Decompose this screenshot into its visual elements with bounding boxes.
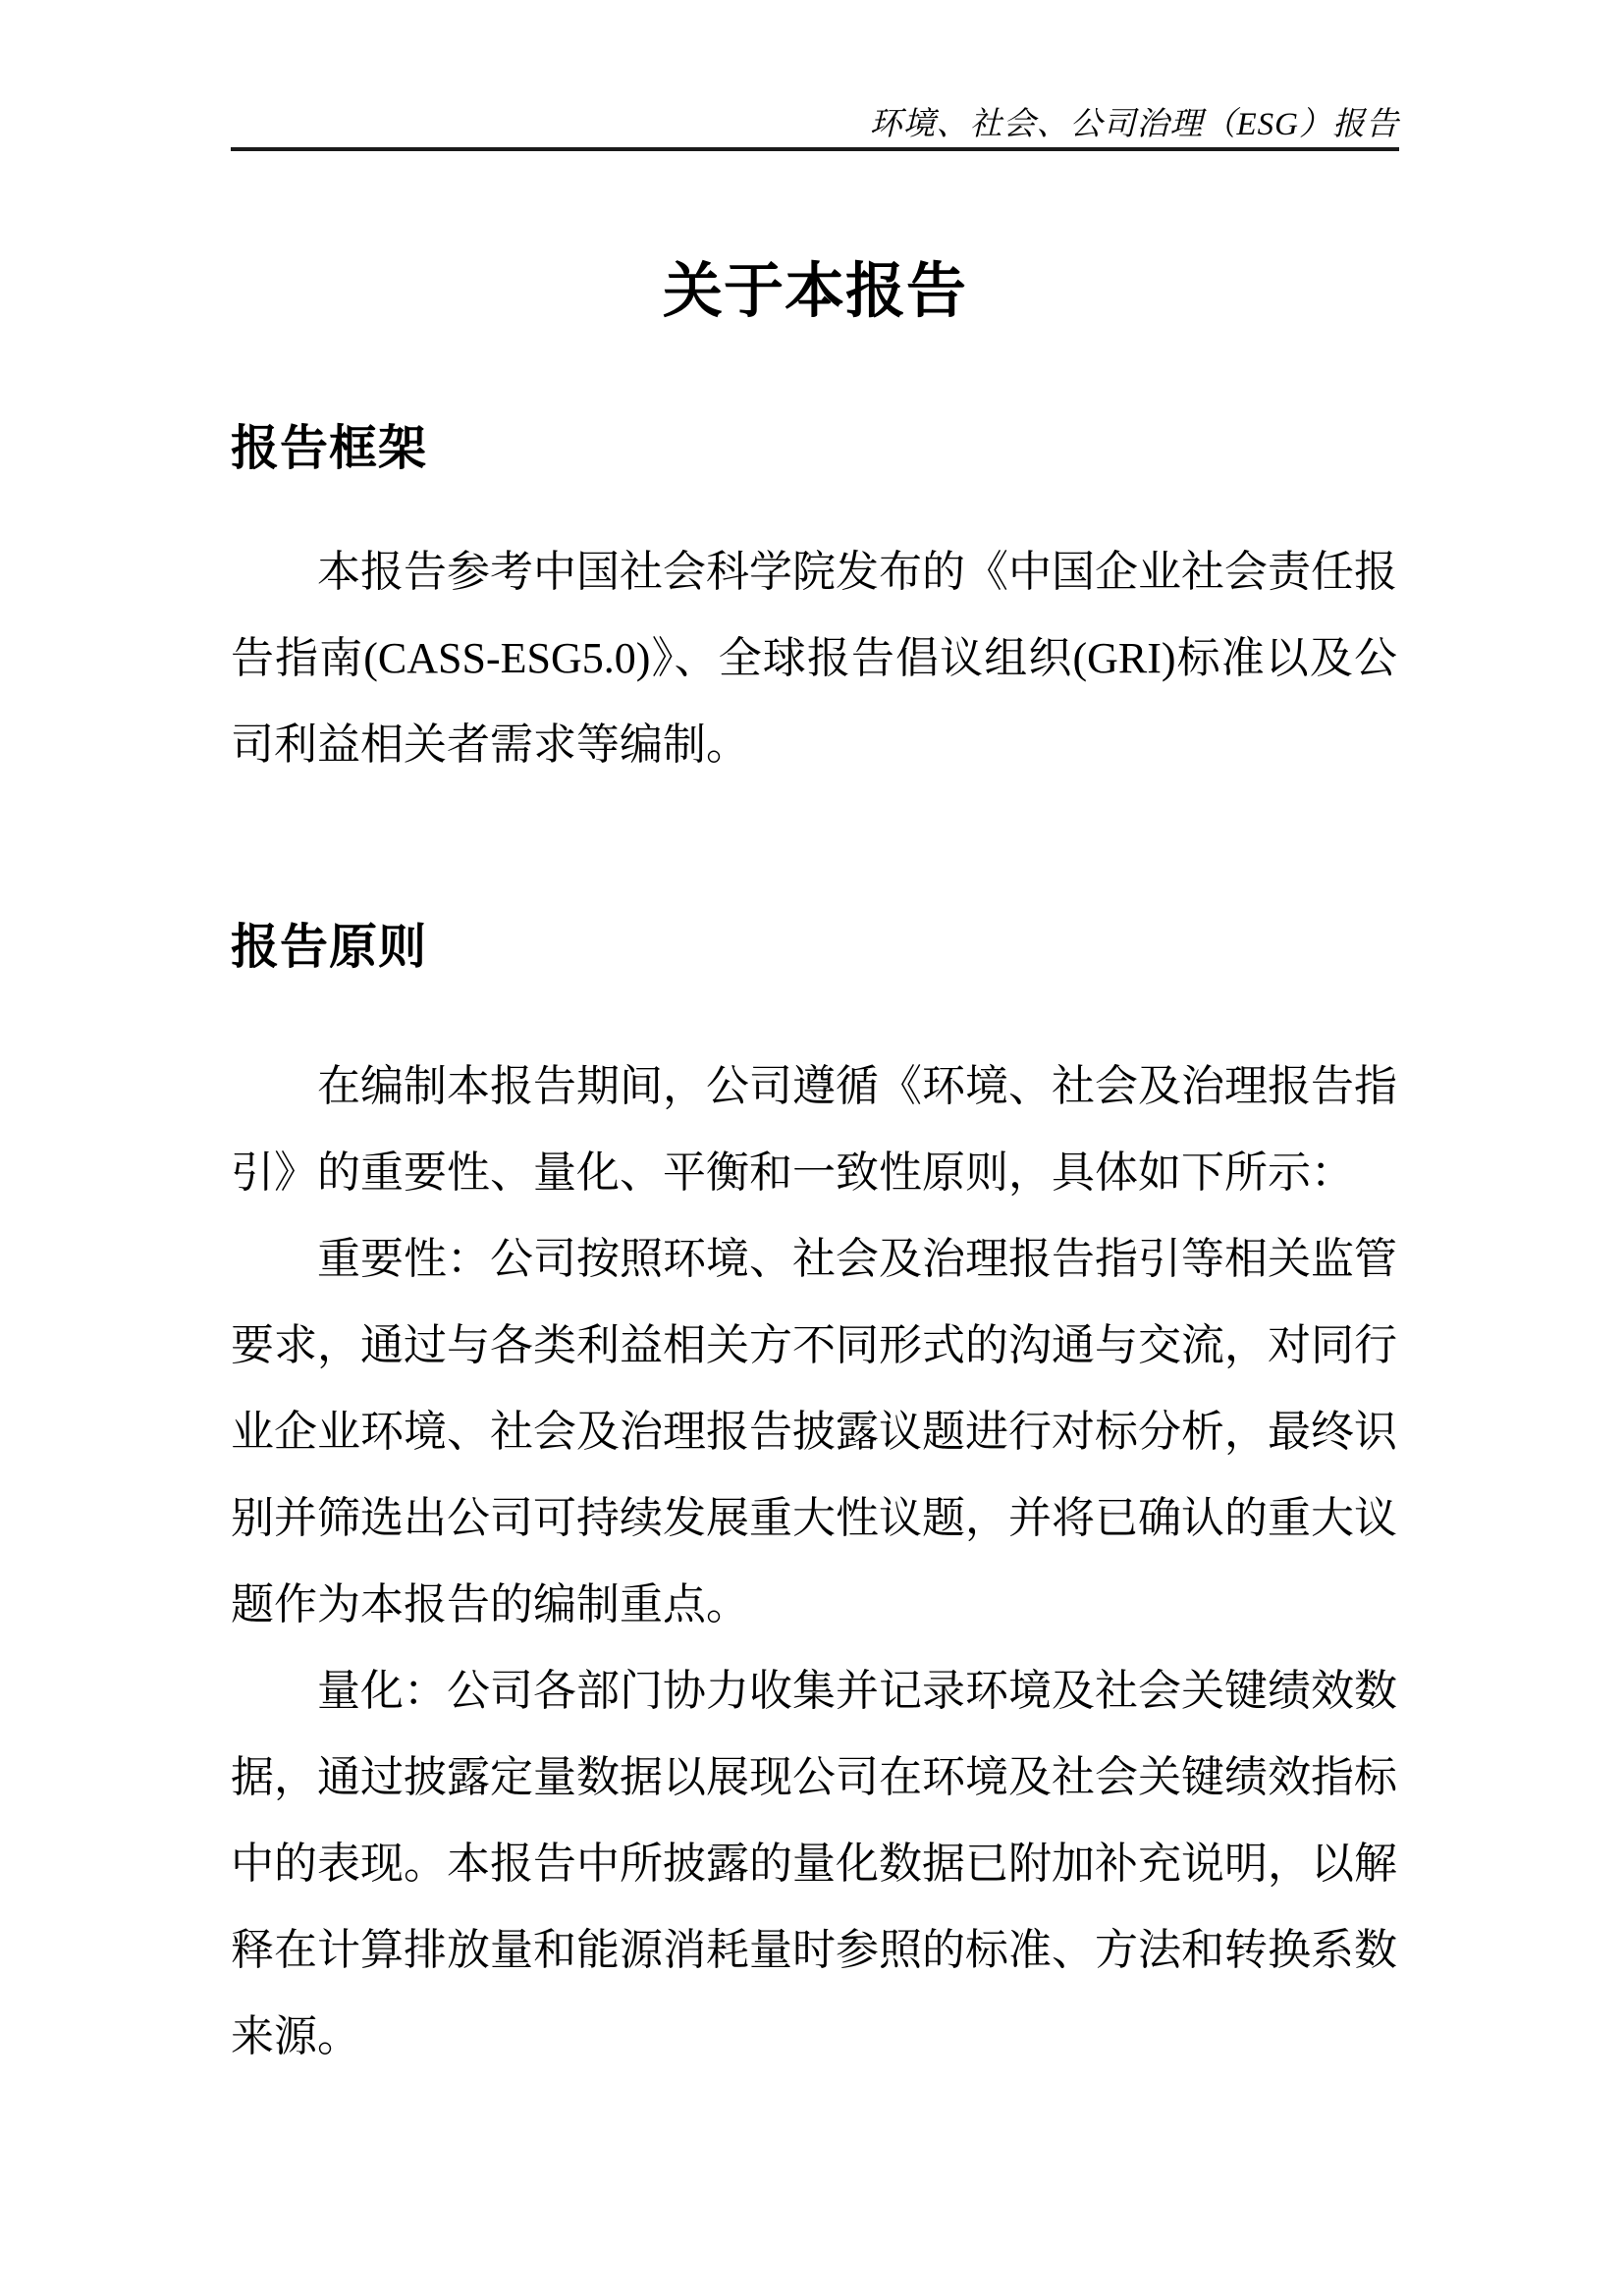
- header-title: 环境、社会、公司治理（ESG）报告: [870, 107, 1400, 142]
- section-heading-report-framework: 报告框架: [231, 423, 427, 474]
- section-heading-report-principles: 报告原则: [231, 922, 427, 973]
- document-title: 关于本报告: [231, 259, 1399, 322]
- paragraph: 量化：公司各部门协力收集并记录环境及社会关键绩效数据，通过披露定量数据以展现公司…: [231, 1648, 1397, 2080]
- section-body-report-framework: 本报告参考中国社会科学院发布的《中国企业社会责任报告指南(CASS-ESG5.0…: [231, 529, 1397, 788]
- page-header: 环境、社会、公司治理（ESG）报告: [231, 104, 1399, 151]
- paragraph: 重要性：公司按照环境、社会及治理报告指引等相关监管要求，通过与各类利益相关方不同…: [231, 1216, 1397, 1648]
- document-page: 环境、社会、公司治理（ESG）报告 关于本报告 报告框架 本报告参考中国社会科学…: [0, 0, 1624, 2296]
- section-body-report-principles: 在编制本报告期间，公司遵循《环境、社会及治理报告指引》的重要性、量化、平衡和一致…: [231, 1043, 1397, 2080]
- paragraph: 本报告参考中国社会科学院发布的《中国企业社会责任报告指南(CASS-ESG5.0…: [231, 529, 1397, 788]
- paragraph: 在编制本报告期间，公司遵循《环境、社会及治理报告指引》的重要性、量化、平衡和一致…: [231, 1043, 1397, 1216]
